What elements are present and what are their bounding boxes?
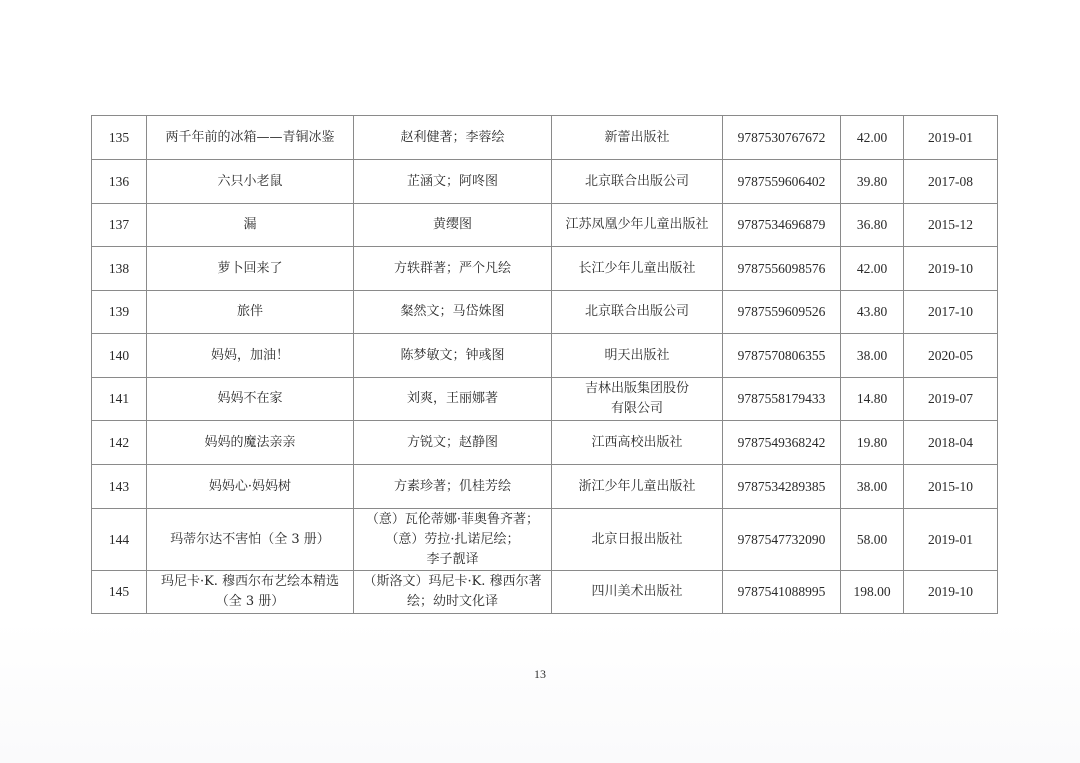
cell-date: 2015-12 [904, 204, 998, 247]
cell-publisher-line: 江苏凤凰少年儿童出版社 [556, 215, 718, 235]
cell-author-line: 方轶群著；严个凡绘 [358, 259, 547, 279]
cell-publisher: 四川美术出版社 [552, 571, 723, 614]
table-row: 140妈妈，加油！陈梦敏文；钟彧图明天出版社978757080635538.00… [92, 334, 998, 378]
cell-author-line: 黄缨图 [358, 215, 547, 235]
cell-date: 2019-01 [904, 116, 998, 160]
cell-title-line: 妈妈的魔法亲亲 [151, 433, 349, 453]
cell-title: 萝卜回来了 [147, 247, 354, 291]
cell-author-line: 刘爽，王丽娜著 [358, 389, 547, 409]
cell-publisher: 北京联合出版公司 [552, 160, 723, 204]
table-row: 145玛尼卡·K. 穆西尔布艺绘本精选（全 3 册）（斯洛文）玛尼卡·K. 穆西… [92, 571, 998, 614]
cell-author: 陈梦敏文；钟彧图 [354, 334, 552, 378]
table-row: 137漏黄缨图江苏凤凰少年儿童出版社978753469687936.802015… [92, 204, 998, 247]
cell-author: （意）瓦伦蒂娜·菲奥鲁齐著；（意）劳拉·扎诺尼绘；李子靓译 [354, 509, 552, 571]
cell-title-line: 漏 [151, 215, 349, 235]
cell-title: 妈妈，加油！ [147, 334, 354, 378]
cell-publisher-line: 吉林出版集团股份 [556, 379, 718, 399]
cell-price: 19.80 [841, 421, 904, 465]
cell-isbn: 9787570806355 [723, 334, 841, 378]
cell-isbn: 9787534289385 [723, 465, 841, 509]
book-list-table: 135两千年前的冰箱——青铜冰鉴赵利健著；李蓉绘新蕾出版社97875307676… [91, 115, 998, 614]
cell-publisher-line: 北京联合出版公司 [556, 302, 718, 322]
cell-author: 粲然文；马岱姝图 [354, 291, 552, 334]
cell-date: 2019-01 [904, 509, 998, 571]
cell-title: 旅伴 [147, 291, 354, 334]
cell-number: 137 [92, 204, 147, 247]
table-row: 138萝卜回来了方轶群著；严个凡绘长江少年儿童出版社97875560985764… [92, 247, 998, 291]
cell-date: 2020-05 [904, 334, 998, 378]
cell-number: 145 [92, 571, 147, 614]
cell-isbn: 9787559606402 [723, 160, 841, 204]
cell-number: 143 [92, 465, 147, 509]
cell-author: 芷涵文；阿咚图 [354, 160, 552, 204]
cell-author-line: 赵利健著；李蓉绘 [358, 128, 547, 148]
cell-publisher-line: 明天出版社 [556, 346, 718, 366]
cell-author-line: 方锐文；赵静图 [358, 433, 547, 453]
cell-number: 140 [92, 334, 147, 378]
cell-title: 妈妈的魔法亲亲 [147, 421, 354, 465]
cell-date: 2019-10 [904, 247, 998, 291]
cell-title: 玛尼卡·K. 穆西尔布艺绘本精选（全 3 册） [147, 571, 354, 614]
cell-publisher-line: 江西高校出版社 [556, 433, 718, 453]
cell-isbn: 9787558179433 [723, 378, 841, 421]
cell-author: 刘爽，王丽娜著 [354, 378, 552, 421]
cell-isbn: 9787530767672 [723, 116, 841, 160]
cell-number: 139 [92, 291, 147, 334]
cell-publisher: 浙江少年儿童出版社 [552, 465, 723, 509]
cell-title-line: 妈妈，加油！ [151, 346, 349, 366]
cell-title-line: 玛尼卡·K. 穆西尔布艺绘本精选 [151, 572, 349, 592]
cell-author: 赵利健著；李蓉绘 [354, 116, 552, 160]
page-background [0, 620, 1080, 763]
cell-price: 42.00 [841, 116, 904, 160]
cell-title: 妈妈心·妈妈树 [147, 465, 354, 509]
table-row: 144玛蒂尔达不害怕（全 3 册）（意）瓦伦蒂娜·菲奥鲁齐著；（意）劳拉·扎诺尼… [92, 509, 998, 571]
cell-publisher: 长江少年儿童出版社 [552, 247, 723, 291]
table-row: 141妈妈不在家刘爽，王丽娜著吉林出版集团股份有限公司9787558179433… [92, 378, 998, 421]
cell-author-line: （斯洛文）玛尼卡·K. 穆西尔著 [358, 572, 547, 592]
cell-author-line: 陈梦敏文；钟彧图 [358, 346, 547, 366]
cell-number: 141 [92, 378, 147, 421]
table-row: 135两千年前的冰箱——青铜冰鉴赵利健著；李蓉绘新蕾出版社97875307676… [92, 116, 998, 160]
cell-title-line: 玛蒂尔达不害怕（全 3 册） [151, 530, 349, 550]
cell-title: 两千年前的冰箱——青铜冰鉴 [147, 116, 354, 160]
cell-publisher-line: 北京联合出版公司 [556, 172, 718, 192]
cell-title-line: 旅伴 [151, 302, 349, 322]
cell-author-line: 方素珍著；仉桂芳绘 [358, 477, 547, 497]
cell-price: 39.80 [841, 160, 904, 204]
cell-price: 38.00 [841, 334, 904, 378]
cell-author: 方锐文；赵静图 [354, 421, 552, 465]
cell-price: 14.80 [841, 378, 904, 421]
table-body: 135两千年前的冰箱——青铜冰鉴赵利健著；李蓉绘新蕾出版社97875307676… [92, 116, 998, 614]
cell-publisher-line: 浙江少年儿童出版社 [556, 477, 718, 497]
cell-publisher: 明天出版社 [552, 334, 723, 378]
cell-number: 142 [92, 421, 147, 465]
cell-isbn: 9787556098576 [723, 247, 841, 291]
cell-number: 135 [92, 116, 147, 160]
cell-date: 2019-10 [904, 571, 998, 614]
cell-publisher: 吉林出版集团股份有限公司 [552, 378, 723, 421]
cell-number: 136 [92, 160, 147, 204]
cell-isbn: 9787534696879 [723, 204, 841, 247]
cell-author-line: （意）瓦伦蒂娜·菲奥鲁齐著； [358, 510, 547, 530]
cell-title-line: （全 3 册） [151, 592, 349, 612]
cell-publisher-line: 四川美术出版社 [556, 582, 718, 602]
cell-author: （斯洛文）玛尼卡·K. 穆西尔著绘；幼时文化译 [354, 571, 552, 614]
cell-title: 六只小老鼠 [147, 160, 354, 204]
table-row: 143妈妈心·妈妈树方素珍著；仉桂芳绘浙江少年儿童出版社978753428938… [92, 465, 998, 509]
cell-title-line: 六只小老鼠 [151, 172, 349, 192]
cell-number: 144 [92, 509, 147, 571]
cell-title-line: 两千年前的冰箱——青铜冰鉴 [151, 128, 349, 148]
cell-publisher-line: 有限公司 [556, 399, 718, 419]
cell-publisher-line: 北京日报出版社 [556, 530, 718, 550]
cell-date: 2017-10 [904, 291, 998, 334]
cell-publisher: 北京日报出版社 [552, 509, 723, 571]
cell-author-line: 李子靓译 [358, 550, 547, 570]
page-number: 13 [0, 667, 1080, 682]
cell-date: 2018-04 [904, 421, 998, 465]
table-row: 142妈妈的魔法亲亲方锐文；赵静图江西高校出版社978754936824219.… [92, 421, 998, 465]
cell-publisher-line: 新蕾出版社 [556, 128, 718, 148]
cell-price: 43.80 [841, 291, 904, 334]
cell-title: 漏 [147, 204, 354, 247]
cell-publisher-line: 长江少年儿童出版社 [556, 259, 718, 279]
cell-publisher: 江苏凤凰少年儿童出版社 [552, 204, 723, 247]
cell-author-line: （意）劳拉·扎诺尼绘； [358, 530, 547, 550]
table-row: 139旅伴粲然文；马岱姝图北京联合出版公司978755960952643.802… [92, 291, 998, 334]
cell-price: 42.00 [841, 247, 904, 291]
cell-isbn: 9787559609526 [723, 291, 841, 334]
cell-isbn: 9787547732090 [723, 509, 841, 571]
cell-isbn: 9787549368242 [723, 421, 841, 465]
cell-price: 198.00 [841, 571, 904, 614]
cell-price: 36.80 [841, 204, 904, 247]
cell-author: 黄缨图 [354, 204, 552, 247]
cell-publisher: 北京联合出版公司 [552, 291, 723, 334]
cell-author-line: 绘；幼时文化译 [358, 592, 547, 612]
cell-price: 58.00 [841, 509, 904, 571]
cell-number: 138 [92, 247, 147, 291]
cell-isbn: 9787541088995 [723, 571, 841, 614]
cell-title: 妈妈不在家 [147, 378, 354, 421]
cell-author: 方素珍著；仉桂芳绘 [354, 465, 552, 509]
cell-date: 2017-08 [904, 160, 998, 204]
cell-title: 玛蒂尔达不害怕（全 3 册） [147, 509, 354, 571]
cell-publisher: 新蕾出版社 [552, 116, 723, 160]
cell-author: 方轶群著；严个凡绘 [354, 247, 552, 291]
table-row: 136六只小老鼠芷涵文；阿咚图北京联合出版公司978755960640239.8… [92, 160, 998, 204]
cell-date: 2015-10 [904, 465, 998, 509]
cell-price: 38.00 [841, 465, 904, 509]
cell-publisher: 江西高校出版社 [552, 421, 723, 465]
cell-date: 2019-07 [904, 378, 998, 421]
cell-title-line: 萝卜回来了 [151, 259, 349, 279]
cell-author-line: 芷涵文；阿咚图 [358, 172, 547, 192]
cell-title-line: 妈妈不在家 [151, 389, 349, 409]
cell-author-line: 粲然文；马岱姝图 [358, 302, 547, 322]
cell-title-line: 妈妈心·妈妈树 [151, 477, 349, 497]
